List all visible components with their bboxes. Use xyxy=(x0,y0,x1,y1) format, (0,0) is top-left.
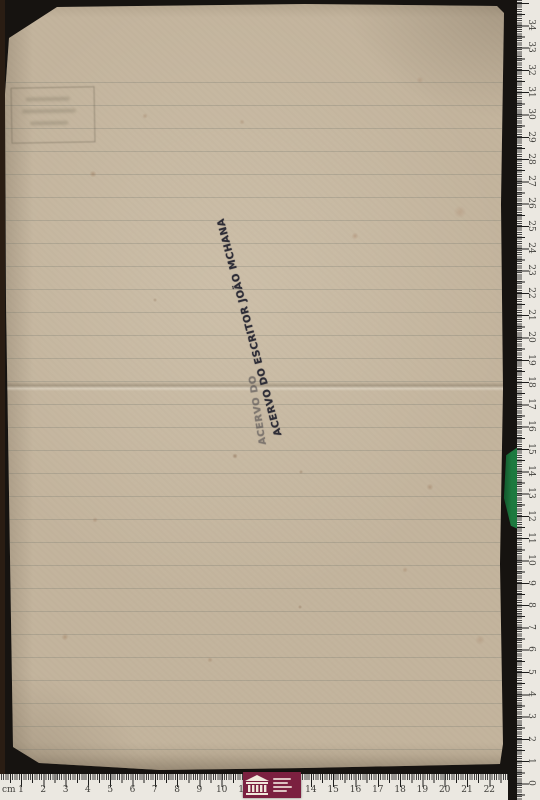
vertical-ruler-number: 1 xyxy=(526,758,536,764)
horizontal-ruler-number: 15 xyxy=(325,785,341,795)
horizontal-ruler-number: 10 xyxy=(214,785,230,795)
horizontal-ruler-number: 20 xyxy=(437,785,453,795)
horizontal-ruler-number: 19 xyxy=(414,785,430,795)
horizontal-ruler-number: 21 xyxy=(459,785,475,795)
horizontal-ruler-number: 2 xyxy=(35,785,51,795)
horizontal-ruler-number: 6 xyxy=(125,785,141,795)
vertical-ruler-number: 23 xyxy=(526,265,536,276)
vertical-ruler-number: 16 xyxy=(526,421,536,432)
horizontal-ruler-number: 18 xyxy=(392,785,408,795)
vertical-ruler-number: 19 xyxy=(526,354,536,365)
vertical-ruler-number: 7 xyxy=(526,624,536,630)
vertical-ruler-number: 25 xyxy=(526,220,536,231)
scanner-edge-strip xyxy=(0,0,5,800)
vertical-ruler-number: 17 xyxy=(526,398,536,409)
vertical-ruler-number: 14 xyxy=(526,465,536,476)
bleedthrough-smudge xyxy=(22,109,76,114)
vertical-ruler-number: 3 xyxy=(526,713,536,719)
archive-logo xyxy=(243,772,301,798)
vertical-ruler-number: 32 xyxy=(526,64,536,75)
vertical-ruler-number: 28 xyxy=(526,153,536,164)
vertical-ruler-number: 0 xyxy=(526,780,536,786)
green-strip xyxy=(502,447,518,529)
horizontal-ruler-number: 17 xyxy=(370,785,386,795)
vertical-ruler-number: 20 xyxy=(526,331,536,342)
vertical-ruler-number: 10 xyxy=(526,554,536,565)
vertical-ruler-number: 12 xyxy=(526,510,536,521)
horizontal-ruler-number: 3 xyxy=(58,785,74,795)
verso-stamp-bleedthrough xyxy=(11,86,96,143)
horizontal-ruler-number: 1 xyxy=(13,785,29,795)
vertical-ruler-number: 2 xyxy=(526,736,536,742)
vertical-ruler-number: 13 xyxy=(526,488,536,499)
horizontal-ruler-number: 22 xyxy=(481,785,497,795)
vertical-ruler-number: 9 xyxy=(526,580,536,586)
archive-logo-text-lines xyxy=(273,778,292,792)
horizontal-ruler-number: 4 xyxy=(80,785,96,795)
archive-building-icon xyxy=(243,773,271,797)
vertical-ruler-number: 34 xyxy=(526,19,536,30)
scanned-document-page: ACERVO DO ACERVO DO ESCRITOR JOÃO MCHANA… xyxy=(0,0,540,800)
vertical-ruler-number: 26 xyxy=(526,198,536,209)
vertical-ruler-number: 6 xyxy=(526,647,536,653)
vertical-ruler-number: 24 xyxy=(526,242,536,253)
vertical-ruler-number: 33 xyxy=(526,42,536,53)
vertical-ruler-number: 5 xyxy=(526,669,536,675)
vertical-ruler-number: 30 xyxy=(526,108,536,119)
vertical-ruler-number: 8 xyxy=(526,602,536,608)
horizontal-ruler-number: 14 xyxy=(303,785,319,795)
vertical-ruler-number: 18 xyxy=(526,376,536,387)
vertical-ruler-number: 11 xyxy=(526,532,536,543)
horizontal-ruler-number: 7 xyxy=(147,785,163,795)
horizontal-ruler-number: 5 xyxy=(102,785,118,795)
vertical-ruler-number: 22 xyxy=(526,287,536,298)
bleedthrough-smudge xyxy=(26,97,70,102)
horizontal-ruler-number: 16 xyxy=(348,785,364,795)
horizontal-ruler-number: 9 xyxy=(191,785,207,795)
vertical-ruler-number: 29 xyxy=(526,131,536,142)
vertical-ruler-number: 15 xyxy=(526,443,536,454)
vertical-cm-ruler: 3433323130292827262524232221201918171615… xyxy=(517,0,540,800)
horizontal-ruler-number: 8 xyxy=(169,785,185,795)
bleedthrough-smudge xyxy=(30,121,68,126)
vertical-ruler-number: 4 xyxy=(526,691,536,697)
vertical-ruler-number: 31 xyxy=(526,86,536,97)
vertical-ruler-number: 27 xyxy=(526,175,536,186)
vertical-ruler-number: 21 xyxy=(526,309,536,320)
